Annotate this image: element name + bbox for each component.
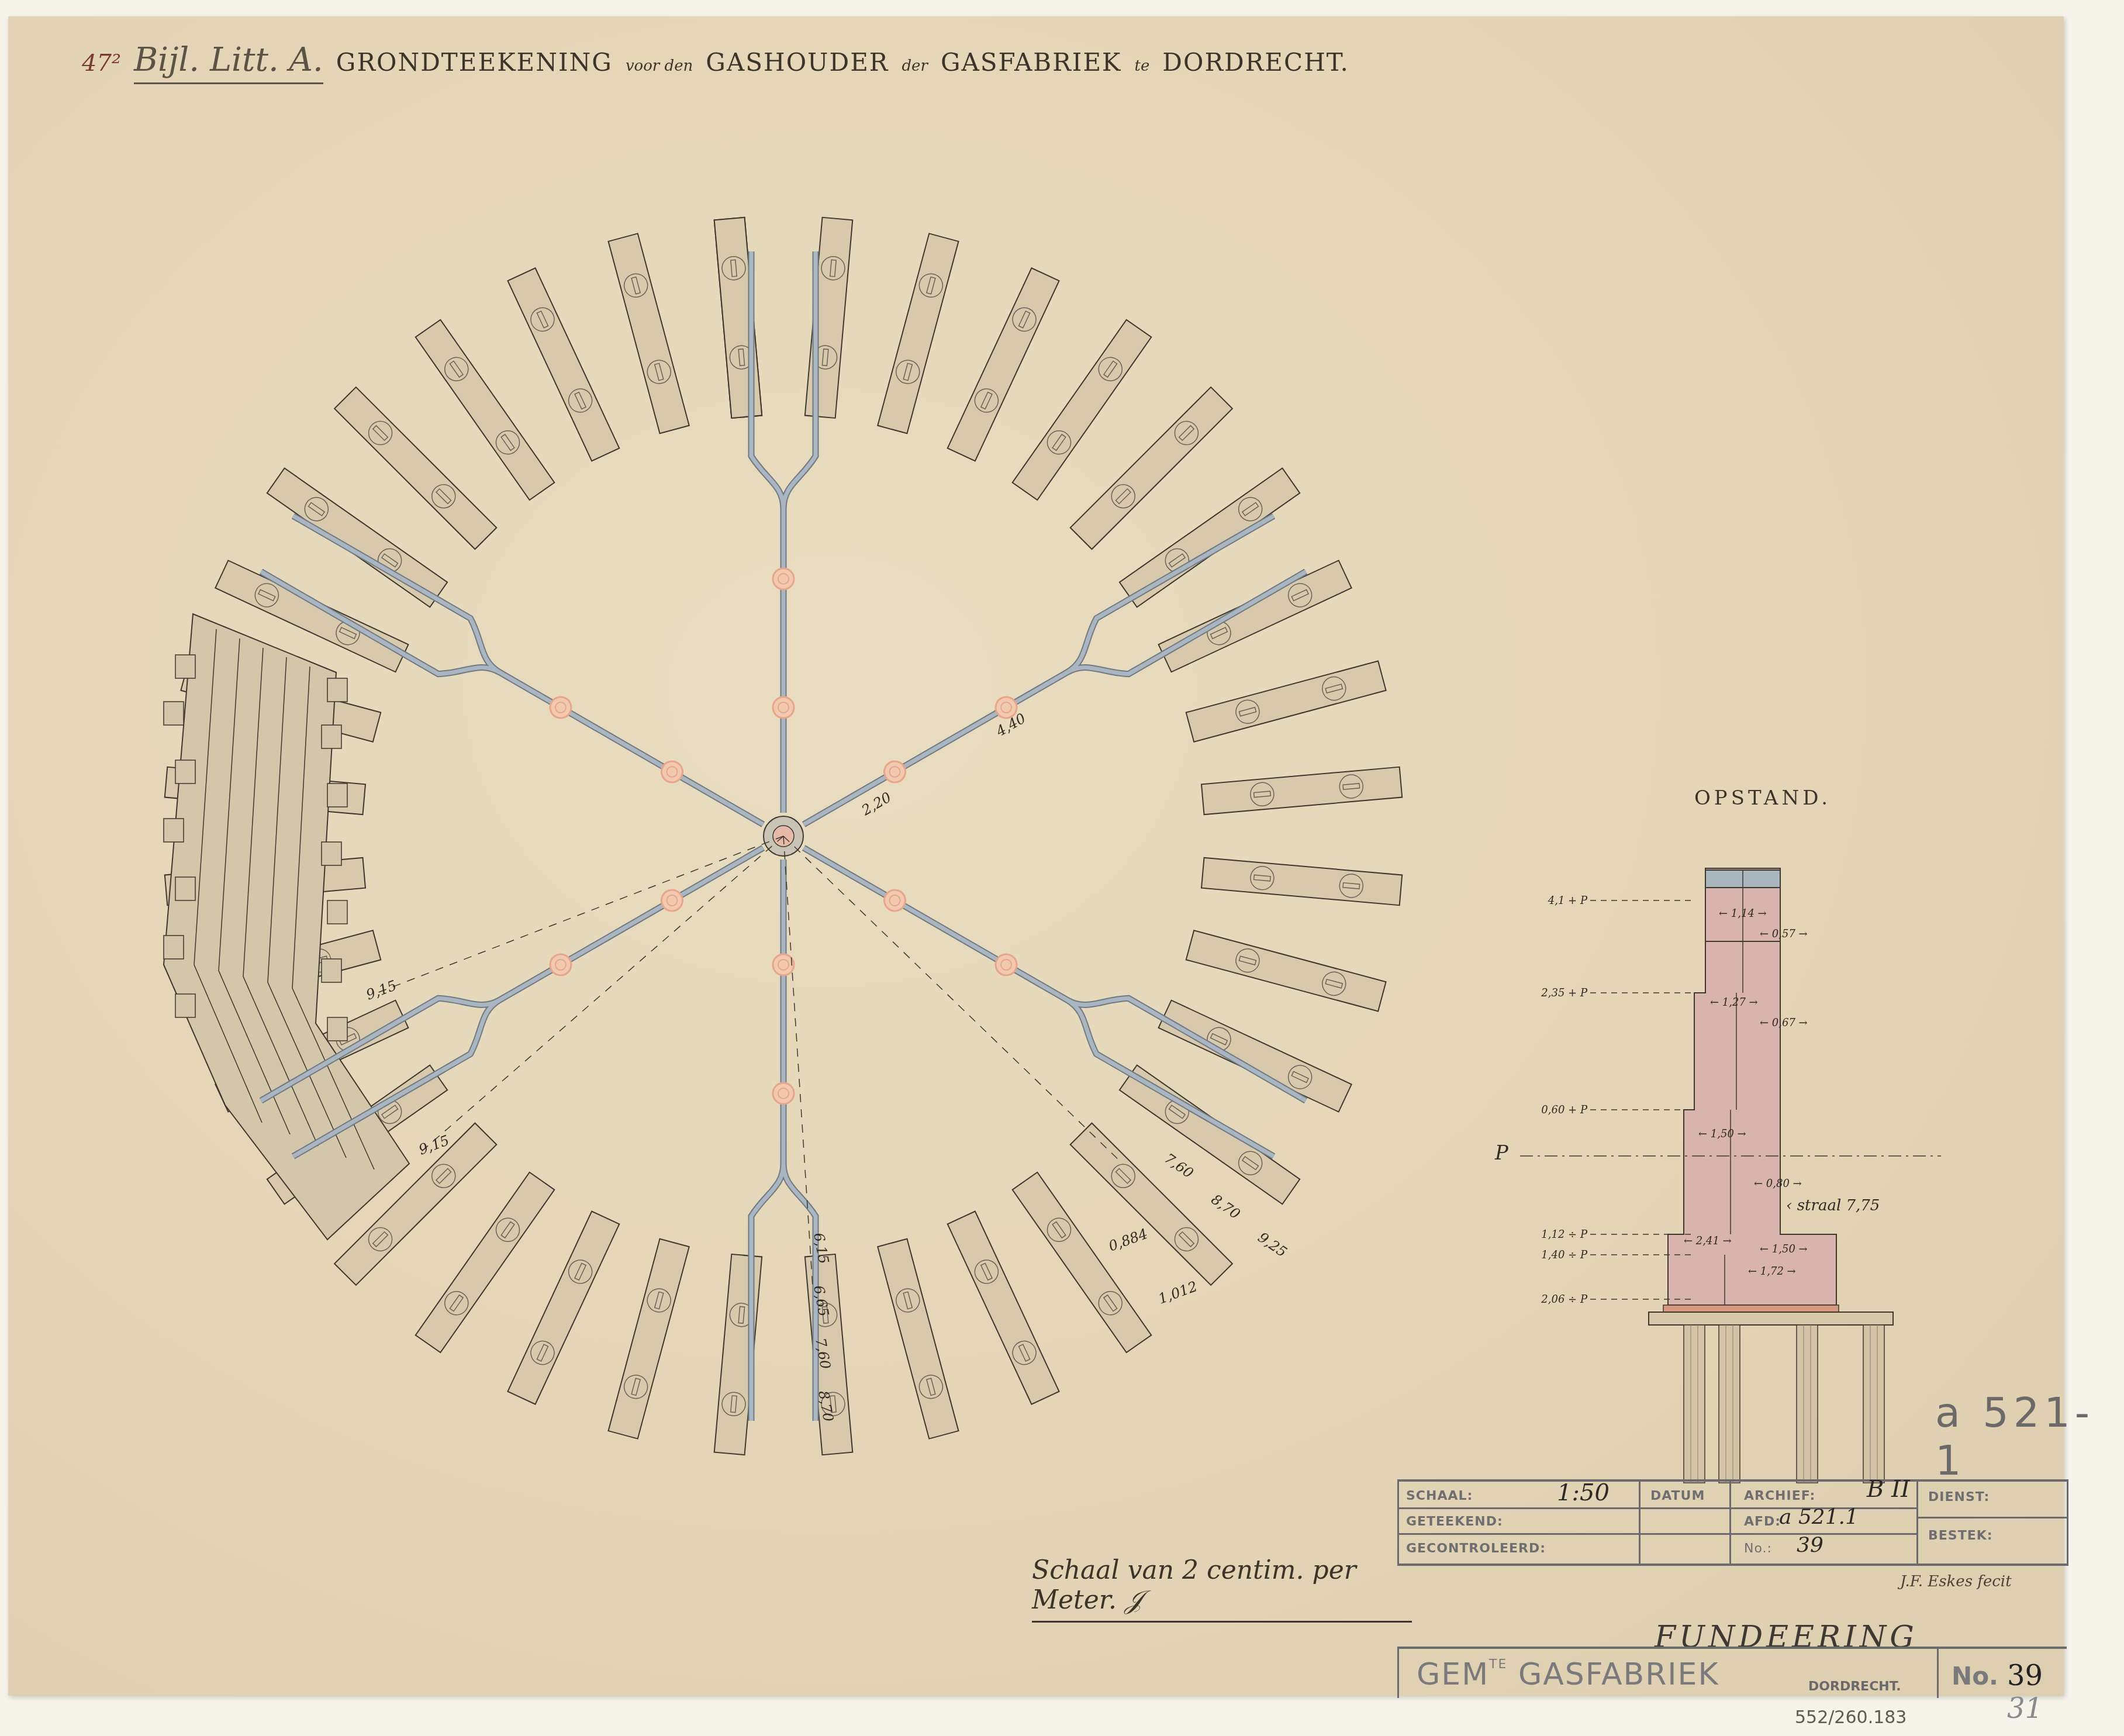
plan-view: 2,204,409,159,156,156,657,608,707,608,70… (164, 218, 1402, 1455)
catalog-number: 552/260.183 (1795, 1707, 1907, 1728)
drawing-number: 39 31 (2007, 1659, 2067, 1725)
divider (1937, 1649, 1939, 1698)
width-dimension: ← 1,50 → (1698, 1128, 1746, 1140)
foundation-pad (1186, 661, 1386, 742)
width-dimension: ← 1,50 → (1760, 1243, 1808, 1255)
pile-icon (773, 697, 794, 718)
company-prefix: GEM (1417, 1657, 1489, 1692)
divider (1916, 1517, 2067, 1518)
level-label: P (1494, 1141, 1509, 1165)
dimension-label: 9,25 (1255, 1229, 1290, 1261)
annex-label: Bijl. Litt. A. (134, 41, 323, 84)
drawing-number-value: 39 (2007, 1659, 2043, 1692)
foundation-pad (609, 233, 689, 433)
width-dimension: ← 0,80 → (1754, 1178, 1802, 1190)
width-dimension: ← 1,27 → (1710, 996, 1758, 1009)
geteekend-label: GETEEKEND: (1406, 1514, 1503, 1529)
title-part: GASHOUDER (706, 48, 889, 77)
title-part: der (902, 57, 927, 75)
pile-icon (773, 954, 794, 975)
foundation-pad (714, 218, 762, 418)
divider (1916, 1482, 1918, 1564)
width-dimension: ← 1,72 → (1748, 1265, 1796, 1278)
drawing-number-suffix: 31 (2007, 1692, 2043, 1725)
width-dimension: ← 0,67 → (1760, 1017, 1808, 1029)
pile-icon (880, 886, 909, 914)
dimension-label: 7,60 (1162, 1150, 1197, 1182)
tie-beam (751, 860, 816, 1421)
archive-code: a 521-1 (1935, 1389, 2124, 1485)
radius-note: ‹ straal 7,75 (1786, 1197, 1880, 1214)
foundation-drawing: 2,204,409,159,156,156,657,608,707,608,70… (0, 0, 2124, 1736)
foundation-pad (1186, 930, 1386, 1011)
foundation-pad (1201, 858, 1402, 905)
pile-icon (658, 757, 686, 786)
tie-beam (751, 251, 816, 813)
divider (1729, 1482, 1731, 1564)
pile (1684, 1325, 1705, 1483)
foundation-pad (1159, 560, 1352, 672)
foundation-pad (878, 1239, 958, 1439)
title-part: GASFABRIEK (941, 48, 1122, 77)
archief-value: B II (1867, 1476, 1910, 1503)
width-dimension: ← 2,41 → (1684, 1235, 1732, 1247)
foundation-pad (609, 1239, 689, 1439)
company-rest: GASFABRIEK (1507, 1657, 1719, 1692)
foundation-pad (805, 218, 852, 418)
pile-icon (880, 757, 909, 786)
foundation-pad (714, 1254, 762, 1455)
dimension-label: 8,70 (1208, 1191, 1244, 1223)
dimension-label: 0,884 (1106, 1226, 1149, 1255)
dimension-label: 1,012 (1156, 1278, 1199, 1307)
foundation-pad (1159, 1000, 1352, 1112)
pile-icon (546, 693, 575, 722)
afd-label: AFD: (1744, 1514, 1781, 1529)
sheet-number: 47² (82, 50, 121, 77)
datum-label: DATUM (1650, 1489, 1705, 1503)
level-label: 1,40 ÷ P (1541, 1249, 1588, 1261)
level-label: 4,1 + P (1548, 895, 1588, 907)
drawing-number-label: No. (1952, 1662, 1998, 1690)
company-name: GEMTE GASFABRIEK (1417, 1657, 1719, 1692)
no-value: 39 (1797, 1533, 1823, 1557)
company-city: DORDRECHT. (1808, 1679, 1901, 1694)
elevation-title: OPSTAND. (1694, 786, 1831, 810)
pile (1797, 1325, 1818, 1483)
foundation-pad (948, 268, 1059, 461)
foundation-platform (1649, 1312, 1893, 1325)
pile-icon (773, 1083, 794, 1104)
gecontroleerd-label: GECONTROLEERD: (1406, 1541, 1546, 1556)
width-dimension: ← 0,57 → (1760, 928, 1808, 940)
foundation-pad (948, 1212, 1059, 1404)
width-dimension: ← 1,14 → (1719, 907, 1767, 920)
pile-icon (992, 950, 1020, 979)
signature: J.F. Eskes fecit (1900, 1573, 2012, 1590)
pile (1719, 1325, 1740, 1483)
foundation-pad (878, 233, 958, 433)
scale-note: Schaal van 2 centim. per Meter. 𝒥 (1032, 1555, 1412, 1623)
archief-label: ARCHIEF: (1744, 1489, 1815, 1503)
pile-icon (773, 568, 794, 589)
timber-platform (164, 614, 409, 1240)
title-block: SCHAAL: 1:50 DATUM ARCHIEF: B II DIENST:… (1397, 1479, 2068, 1566)
timber-sill (1663, 1305, 1839, 1312)
pile (1863, 1325, 1884, 1483)
afd-value: a 521.1 (1779, 1505, 1859, 1529)
foundation-pad (1201, 767, 1402, 814)
title-part: DORDRECHT. (1162, 48, 1349, 77)
schaal-label: SCHAAL: (1406, 1489, 1473, 1503)
company-block: GEMTE GASFABRIEK DORDRECHT. No. 39 31 (1397, 1647, 2067, 1698)
level-label: 2,06 ÷ P (1541, 1293, 1588, 1306)
dimension-label: 9,15 (364, 977, 399, 1003)
bestek-label: BESTEK: (1928, 1528, 1993, 1543)
dienst-label: DIENST: (1928, 1490, 1990, 1504)
elevation-view: 4,1 + P2,35 + P0,60 + PP1,12 ÷ P1,40 ÷ P… (1494, 868, 1941, 1483)
no-label: No.: (1744, 1541, 1772, 1556)
pile-icon (658, 886, 686, 914)
title-part: voor den (626, 57, 693, 75)
divider (1399, 1533, 1916, 1535)
foundation-pad (507, 1212, 619, 1404)
title-part: te (1134, 57, 1149, 75)
schaal-value: 1:50 (1557, 1479, 1610, 1506)
level-label: 1,12 ÷ P (1541, 1228, 1588, 1241)
level-label: 2,35 + P (1541, 987, 1588, 999)
company-sup: TE (1489, 1657, 1507, 1672)
title-part: GRONDTEEKENING (336, 48, 613, 77)
title-row: 47² Bijl. Litt. A. GRONDTEEKENING voor d… (82, 41, 1349, 84)
divider (1639, 1482, 1641, 1564)
level-label: 0,60 + P (1541, 1104, 1588, 1116)
foundation-pad (507, 268, 619, 461)
pile-icon (546, 950, 575, 979)
